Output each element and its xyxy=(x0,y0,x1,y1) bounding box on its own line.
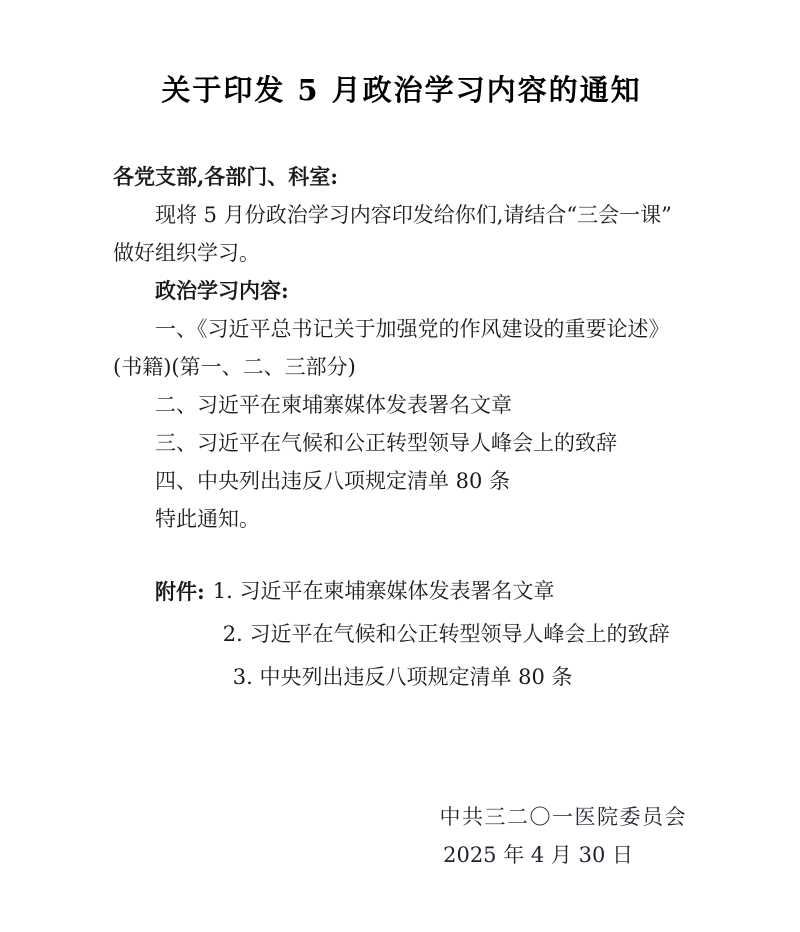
signature-organization: 中共三二〇一医院委员会 xyxy=(113,798,687,836)
attachments-list: 1. 习近平在柬埔寨媒体发表署名文章 2. 习近平在气候和公正转型领导人峰会上的… xyxy=(213,570,690,699)
attachments-label: 附件: xyxy=(155,570,205,613)
notice-document-page: 关于印发 5 月政治学习内容的通知 各党支部,各部门、科室: 现将 5 月份政治… xyxy=(0,0,800,932)
document-title: 关于印发 5 月政治学习内容的通知 xyxy=(113,73,690,107)
list-item-3: 三、习近平在气候和公正转型领导人峰会上的致辞 xyxy=(113,424,690,462)
body-line-intro-1: 现将 5 月份政治学习内容印发给你们,请结合“三会一课” xyxy=(113,196,690,234)
closing-line: 特此通知。 xyxy=(113,500,690,538)
list-item-4: 四、中央列出违反八项规定清单 80 条 xyxy=(113,462,690,500)
list-item-1-line-1: 一、《习近平总书记关于加强党的作风建设的重要论述》 xyxy=(113,310,690,348)
attachment-item-2: 2. 习近平在气候和公正转型领导人峰会上的致辞 xyxy=(223,613,690,656)
signature-date: 2025 年 4 月 30 日 xyxy=(113,836,633,874)
attachments-block: 附件: 1. 习近平在柬埔寨媒体发表署名文章 2. 习近平在气候和公正转型领导人… xyxy=(113,570,690,699)
attachment-item-1: 1. 习近平在柬埔寨媒体发表署名文章 xyxy=(213,570,690,613)
salutation-line: 各党支部,各部门、科室: xyxy=(113,158,690,196)
body-line-intro-2: 做好组织学习。 xyxy=(113,234,690,272)
list-item-1-line-2: (书籍)(第一、二、三部分) xyxy=(113,348,690,386)
attachment-item-3: 3. 中央列出违反八项规定清单 80 条 xyxy=(233,656,690,699)
list-item-2: 二、习近平在柬埔寨媒体发表署名文章 xyxy=(113,386,690,424)
study-content-heading: 政治学习内容: xyxy=(113,272,690,310)
